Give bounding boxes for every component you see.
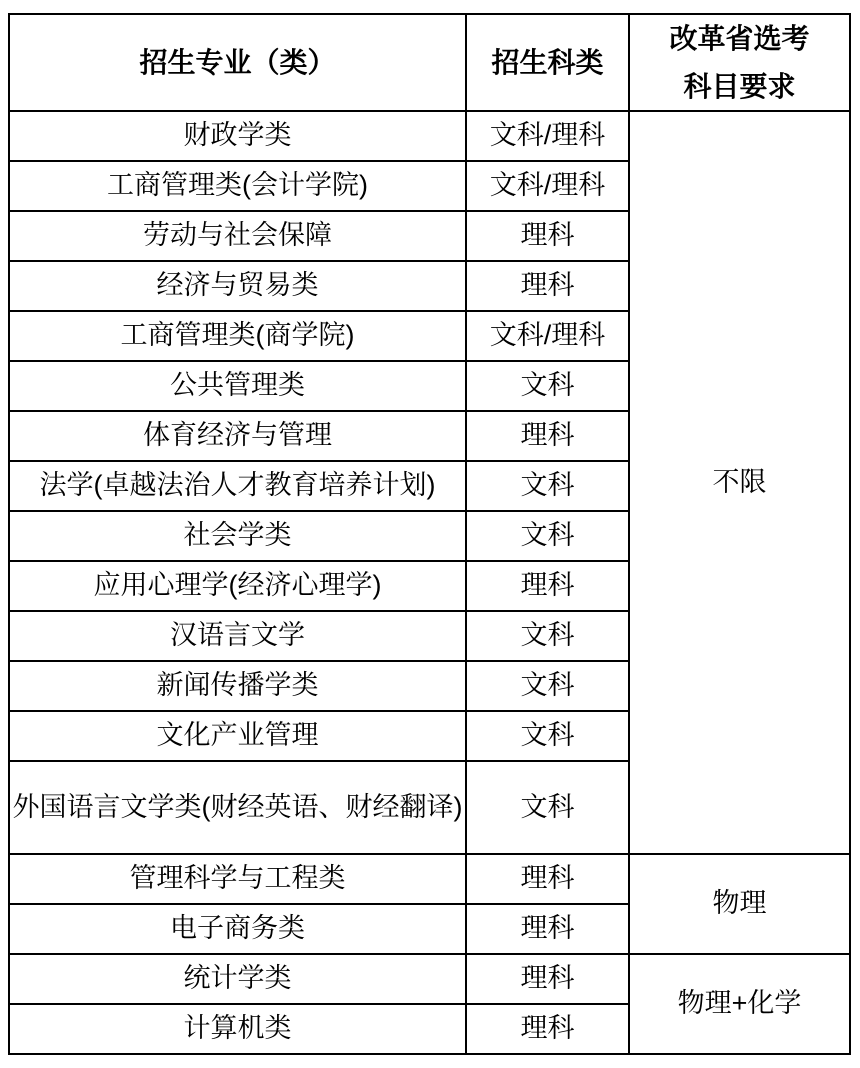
- major-cell: 法学(卓越法治人才教育培养计划): [9, 461, 466, 511]
- major-cell: 应用心理学(经济心理学): [9, 561, 466, 611]
- major-cell: 经济与贸易类: [9, 261, 466, 311]
- category-cell: 理科: [466, 211, 629, 261]
- major-cell: 外国语言文学类(财经英语、财经翻译): [9, 761, 466, 854]
- category-cell: 理科: [466, 411, 629, 461]
- category-cell: 文科/理科: [466, 161, 629, 211]
- category-cell: 文科/理科: [466, 111, 629, 161]
- major-cell: 管理科学与工程类: [9, 854, 466, 904]
- major-cell: 工商管理类(商学院): [9, 311, 466, 361]
- major-cell: 新闻传播学类: [9, 661, 466, 711]
- major-cell: 统计学类: [9, 954, 466, 1004]
- major-cell: 体育经济与管理: [9, 411, 466, 461]
- admission-requirements-table: 招生专业（类） 招生科类 改革省选考 科目要求 财政学类 文科/理科 不限 工商…: [8, 13, 851, 1055]
- category-cell: 理科: [466, 854, 629, 904]
- header-requirement-line2: 科目要求: [632, 63, 847, 111]
- category-cell: 文科: [466, 661, 629, 711]
- major-cell: 社会学类: [9, 511, 466, 561]
- category-cell: 文科: [466, 361, 629, 411]
- major-cell: 财政学类: [9, 111, 466, 161]
- requirement-cell-unrestricted: 不限: [629, 111, 850, 854]
- major-cell: 电子商务类: [9, 904, 466, 954]
- header-requirement-line1: 改革省选考: [632, 15, 847, 63]
- category-cell: 理科: [466, 954, 629, 1004]
- header-row: 招生专业（类） 招生科类 改革省选考 科目要求: [9, 14, 850, 111]
- category-cell: 理科: [466, 561, 629, 611]
- category-cell: 文科: [466, 611, 629, 661]
- category-cell: 文科: [466, 461, 629, 511]
- requirement-cell-physics: 物理: [629, 854, 850, 954]
- category-cell: 理科: [466, 904, 629, 954]
- category-cell: 理科: [466, 1004, 629, 1054]
- header-major: 招生专业（类）: [9, 14, 466, 111]
- category-cell: 理科: [466, 261, 629, 311]
- table-row: 财政学类 文科/理科 不限: [9, 111, 850, 161]
- header-requirement: 改革省选考 科目要求: [629, 14, 850, 111]
- major-cell: 汉语言文学: [9, 611, 466, 661]
- major-cell: 计算机类: [9, 1004, 466, 1054]
- table-row: 管理科学与工程类 理科 物理: [9, 854, 850, 904]
- table-row: 统计学类 理科 物理+化学: [9, 954, 850, 1004]
- major-cell: 文化产业管理: [9, 711, 466, 761]
- category-cell: 文科: [466, 511, 629, 561]
- category-cell: 文科: [466, 711, 629, 761]
- major-cell: 公共管理类: [9, 361, 466, 411]
- header-category: 招生科类: [466, 14, 629, 111]
- category-cell: 文科/理科: [466, 311, 629, 361]
- major-cell: 工商管理类(会计学院): [9, 161, 466, 211]
- major-cell: 劳动与社会保障: [9, 211, 466, 261]
- category-cell: 文科: [466, 761, 629, 854]
- requirement-cell-physics-chemistry: 物理+化学: [629, 954, 850, 1054]
